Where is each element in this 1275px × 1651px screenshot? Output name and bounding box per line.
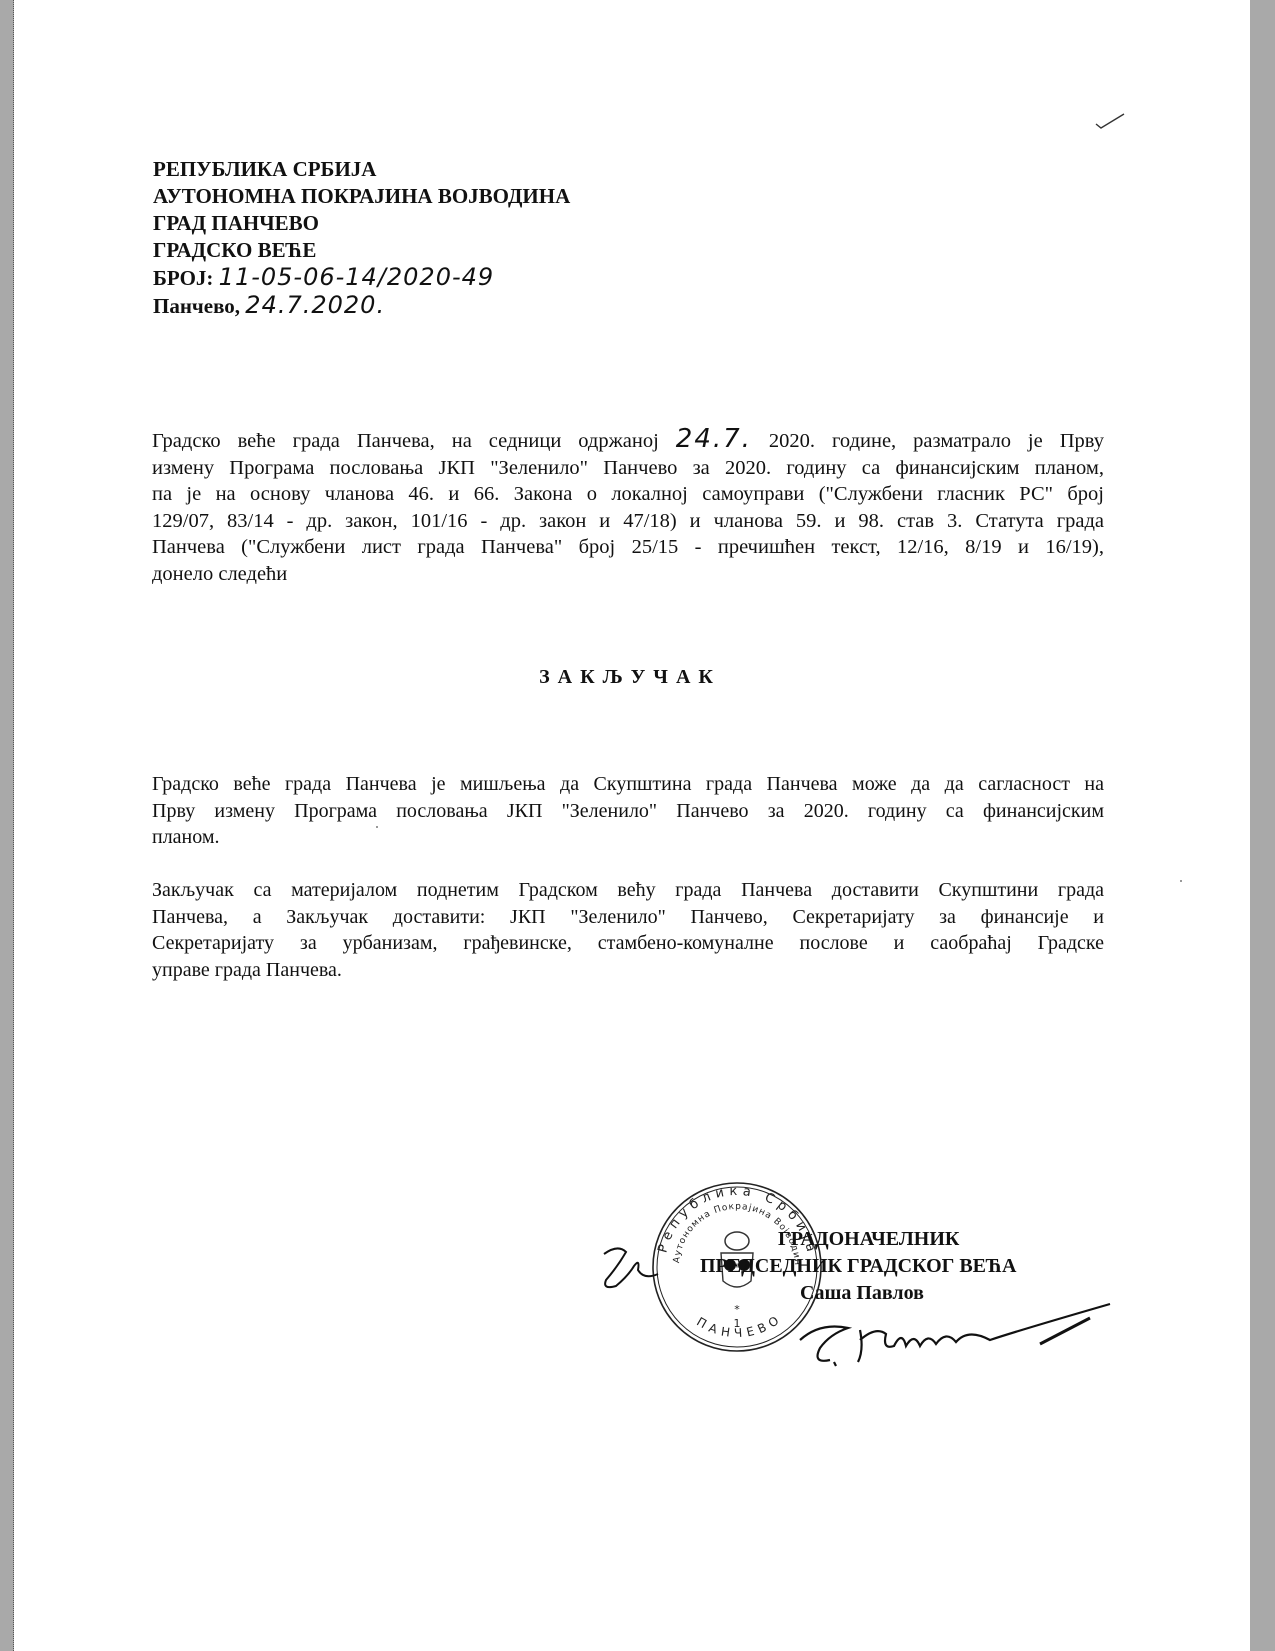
number-value: 11-05-06-14/2020-49 (219, 263, 495, 291)
conclusion-2-line-2: Панчева, а Закључак доставити: ЈКП "Зеле… (152, 904, 1104, 931)
session-date-handwritten: 24.7. (676, 424, 752, 454)
header-country: РЕПУБЛИКА СРБИЈА (153, 156, 570, 183)
conclusion-2-line-4: управе града Панчева. (152, 957, 1104, 984)
conclusion-2-line-3: Секретаријату за урбанизам, грађевинске,… (152, 930, 1104, 957)
conclusion-paragraph-1: Градско веће града Панчева је мишљења да… (152, 771, 1104, 851)
header-province: АУТОНОМНА ПОКРАЈИНА ВОЈВОДИНА (153, 183, 570, 210)
document-header: РЕПУБЛИКА СРБИЈА АУТОНОМНА ПОКРАЈИНА ВОЈ… (153, 156, 570, 320)
header-number-line: БРОЈ: 11-05-06-14/2020-49 (153, 264, 570, 292)
preamble-line-5: Панчева ("Службени лист града Панчева" б… (152, 534, 1104, 561)
preamble-paragraph: Градско веће града Панчева, на седници о… (152, 426, 1104, 588)
svg-text:1: 1 (734, 1317, 741, 1330)
handwritten-signature-icon (790, 1300, 1120, 1380)
place-label: Панчево, (153, 294, 240, 318)
svg-text:*: * (734, 1303, 740, 1316)
scan-speck (1180, 880, 1182, 882)
preamble-text: 2020. године, разматрало је Прву (769, 430, 1104, 452)
checkmark-icon (1094, 112, 1126, 130)
preamble-line-3: па је на основу чланова 46. и 66. Закона… (152, 481, 1104, 508)
conclusion-2-line-1: Закључак са материјалом поднетим Градско… (152, 877, 1104, 904)
header-council: ГРАДСКО ВЕЋЕ (153, 237, 570, 264)
document-title: ЗАКЉУЧАК (0, 666, 1260, 689)
header-city: ГРАД ПАНЧЕВО (153, 210, 570, 237)
initials-mark-icon (598, 1240, 668, 1300)
preamble-line-2: измену Програма пословања ЈКП "Зеленило"… (152, 455, 1104, 482)
conclusion-1-line-1: Градско веће града Панчева је мишљења да… (152, 771, 1104, 798)
conclusion-1-line-2: Прву измену Програма пословања ЈКП "Зеле… (152, 798, 1104, 825)
preamble-line-4: 129/07, 83/14 - др. закон, 101/16 - др. … (152, 508, 1104, 535)
conclusion-1-line-3: планом. (152, 824, 1104, 851)
signatory-title-mayor: ГРАДОНАЧЕЛНИК (778, 1226, 959, 1253)
preamble-line-1: Градско веће града Панчева, на седници о… (152, 426, 1104, 455)
signatory-title-president: ПРЕДСЕДНИК ГРАДСКОГ ВЕЋА (700, 1253, 1016, 1280)
number-label: БРОЈ: (153, 266, 213, 290)
scan-border-right (1249, 0, 1275, 1651)
preamble-line-6: донело следећи (152, 561, 1104, 588)
preamble-text: Градско веће града Панчева, на седници о… (152, 430, 659, 452)
scan-speck (376, 826, 378, 828)
scan-border-left (0, 0, 14, 1651)
header-place-date-line: Панчево, 24.7.2020. (153, 292, 570, 320)
date-value: 24.7.2020. (245, 291, 385, 319)
conclusion-paragraph-2: Закључак са материјалом поднетим Градско… (152, 877, 1104, 983)
